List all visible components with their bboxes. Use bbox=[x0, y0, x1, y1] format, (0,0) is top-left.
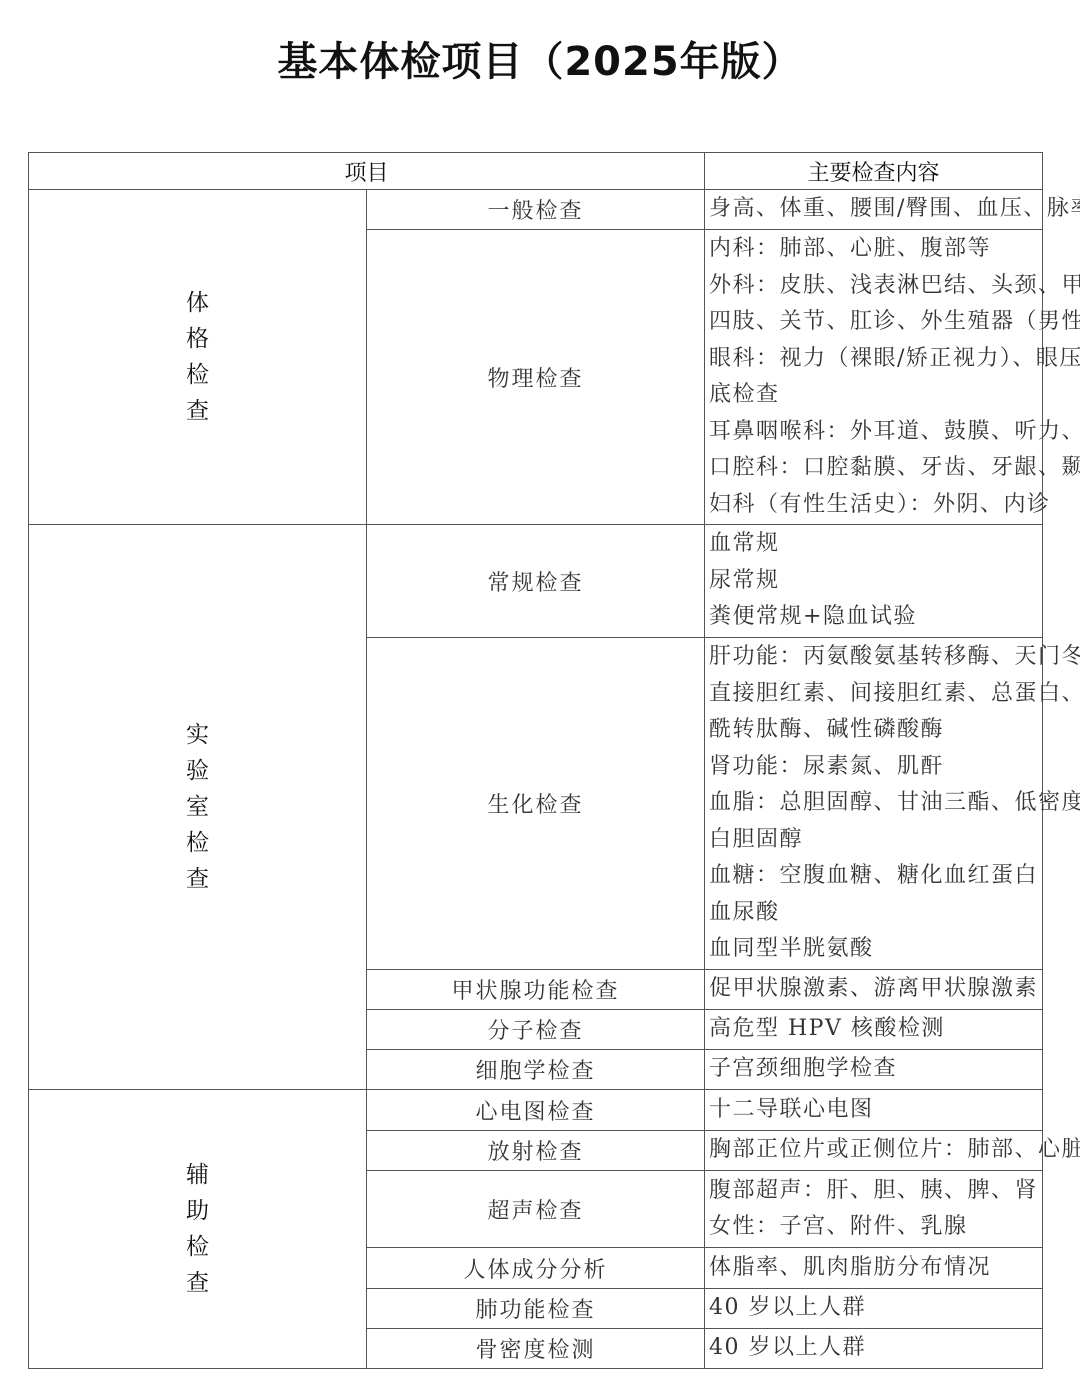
content-line: 肝功能：丙氨酸氨基转移酶、天门冬氨酸氨基转移酶、总胆红素、 bbox=[709, 639, 1042, 676]
table-row: 体格检查一般检查身高、体重、腰围/臀围、血压、脉率 bbox=[29, 190, 1043, 230]
category-char: 检 bbox=[29, 357, 366, 393]
table-header-row: 项目 主要检查内容 bbox=[29, 153, 1043, 190]
subitem-cell: 放射检查 bbox=[367, 1131, 705, 1171]
content-line: 十二导联心电图 bbox=[709, 1092, 1042, 1129]
table-row: 辅助检查心电图检查十二导联心电图 bbox=[29, 1090, 1043, 1131]
content-line: 耳鼻咽喉科：外耳道、鼓膜、听力、鼻腔、鼻窦、咽喉 bbox=[709, 414, 1042, 451]
category-cell: 辅助检查 bbox=[29, 1090, 367, 1369]
subitem-cell: 甲状腺功能检查 bbox=[367, 970, 705, 1010]
content-cell: 血常规尿常规粪便常规+隐血试验 bbox=[705, 525, 1043, 638]
content-line: 血糖：空腹血糖、糖化血红蛋白 bbox=[709, 858, 1042, 895]
category-char: 室 bbox=[29, 789, 366, 825]
content-line: 女性：子宫、附件、乳腺 bbox=[709, 1209, 1042, 1246]
content-cell: 胸部正位片或正侧位片：肺部、心脏、胸廓、纵隔 bbox=[705, 1131, 1043, 1171]
category-char: 验 bbox=[29, 753, 366, 789]
content-line: 内科：肺部、心脏、腹部等 bbox=[709, 231, 1042, 268]
category-char: 实 bbox=[29, 717, 366, 753]
content-cell: 肝功能：丙氨酸氨基转移酶、天门冬氨酸氨基转移酶、总胆红素、直接胆红素、间接胆红素… bbox=[705, 638, 1043, 970]
content-line: 高危型 HPV 核酸检测 bbox=[709, 1011, 1042, 1048]
content-line: 体脂率、肌肉脂肪分布情况 bbox=[709, 1250, 1042, 1287]
category-cell: 实验室检查 bbox=[29, 525, 367, 1090]
content-line: 40 岁以上人群 bbox=[709, 1330, 1042, 1367]
content-cell: 十二导联心电图 bbox=[705, 1090, 1043, 1131]
content-line: 直接胆红素、间接胆红素、总蛋白、白蛋白、球蛋白、γ-谷氨 bbox=[709, 676, 1042, 713]
content-line: 血常规 bbox=[709, 526, 1042, 563]
content-line: 肾功能：尿素氮、肌酐 bbox=[709, 749, 1042, 786]
content-line: 血同型半胱氨酸 bbox=[709, 931, 1042, 968]
category-char: 检 bbox=[29, 1229, 366, 1265]
category-char: 助 bbox=[29, 1193, 366, 1229]
content-cell: 内科：肺部、心脏、腹部等外科：皮肤、浅表淋巴结、头颈、甲状腺、乳腺（女性）、脊柱… bbox=[705, 230, 1043, 525]
category-char: 查 bbox=[29, 393, 366, 429]
content-line: 口腔科：口腔黏膜、牙齿、牙龈、颞颌关节、腮腺 bbox=[709, 450, 1042, 487]
content-line: 40 岁以上人群 bbox=[709, 1290, 1042, 1327]
content-line: 眼科：视力（裸眼/矫正视力）、眼压、眼附属器、眼前节、眼 bbox=[709, 341, 1042, 378]
content-cell: 子宫颈细胞学检查 bbox=[705, 1050, 1043, 1090]
subitem-cell: 常规检查 bbox=[367, 525, 705, 638]
content-cell: 促甲状腺激素、游离甲状腺激素 bbox=[705, 970, 1043, 1010]
content-line: 身高、体重、腰围/臀围、血压、脉率 bbox=[709, 191, 1042, 228]
subitem-cell: 骨密度检测 bbox=[367, 1329, 705, 1369]
subitem-cell: 心电图检查 bbox=[367, 1090, 705, 1131]
table-row: 实验室检查常规检查血常规尿常规粪便常规+隐血试验 bbox=[29, 525, 1043, 638]
subitem-cell: 人体成分分析 bbox=[367, 1248, 705, 1289]
content-cell: 40 岁以上人群 bbox=[705, 1289, 1043, 1329]
category-char: 检 bbox=[29, 825, 366, 861]
subitem-cell: 物理检查 bbox=[367, 230, 705, 525]
category-char: 查 bbox=[29, 1265, 366, 1301]
content-line: 酰转肽酶、碱性磷酸酶 bbox=[709, 712, 1042, 749]
subitem-cell: 生化检查 bbox=[367, 638, 705, 970]
content-line: 血尿酸 bbox=[709, 895, 1042, 932]
subitem-cell: 细胞学检查 bbox=[367, 1050, 705, 1090]
content-line: 尿常规 bbox=[709, 563, 1042, 600]
content-line: 子宫颈细胞学检查 bbox=[709, 1051, 1042, 1088]
content-line: 血脂：总胆固醇、甘油三酯、低密度脂蛋白胆固醇、高密度脂蛋 bbox=[709, 785, 1042, 822]
header-item: 项目 bbox=[29, 153, 705, 190]
category-char: 查 bbox=[29, 861, 366, 897]
category-char: 格 bbox=[29, 321, 366, 357]
category-char: 体 bbox=[29, 285, 366, 321]
content-line: 外科：皮肤、浅表淋巴结、头颈、甲状腺、乳腺（女性）、脊柱、 bbox=[709, 268, 1042, 305]
content-line: 粪便常规+隐血试验 bbox=[709, 599, 1042, 636]
table-body: 体格检查一般检查身高、体重、腰围/臀围、血压、脉率物理检查内科：肺部、心脏、腹部… bbox=[29, 190, 1043, 1369]
subitem-cell: 一般检查 bbox=[367, 190, 705, 230]
content-line: 妇科（有性生活史）：外阴、内诊 bbox=[709, 487, 1042, 524]
content-line: 底检查 bbox=[709, 377, 1042, 414]
page-title: 基本体检项目（2025年版） bbox=[0, 30, 1080, 87]
content-line: 促甲状腺激素、游离甲状腺激素 bbox=[709, 971, 1042, 1008]
category-char: 辅 bbox=[29, 1157, 366, 1193]
subitem-cell: 超声检查 bbox=[367, 1171, 705, 1248]
content-cell: 身高、体重、腰围/臀围、血压、脉率 bbox=[705, 190, 1043, 230]
content-line: 四肢、关节、肛诊、外生殖器（男性） bbox=[709, 304, 1042, 341]
content-cell: 40 岁以上人群 bbox=[705, 1329, 1043, 1369]
content-line: 腹部超声：肝、胆、胰、脾、肾 bbox=[709, 1173, 1042, 1210]
category-cell: 体格检查 bbox=[29, 190, 367, 525]
content-cell: 腹部超声：肝、胆、胰、脾、肾女性：子宫、附件、乳腺 bbox=[705, 1171, 1043, 1248]
header-content: 主要检查内容 bbox=[705, 153, 1043, 190]
content-line: 白胆固醇 bbox=[709, 822, 1042, 859]
content-line: 胸部正位片或正侧位片：肺部、心脏、胸廓、纵隔 bbox=[709, 1132, 1042, 1169]
subitem-cell: 分子检查 bbox=[367, 1010, 705, 1050]
subitem-cell: 肺功能检查 bbox=[367, 1289, 705, 1329]
content-cell: 高危型 HPV 核酸检测 bbox=[705, 1010, 1043, 1050]
content-cell: 体脂率、肌肉脂肪分布情况 bbox=[705, 1248, 1043, 1289]
exam-items-table: 项目 主要检查内容 体格检查一般检查身高、体重、腰围/臀围、血压、脉率物理检查内… bbox=[28, 152, 1043, 1369]
